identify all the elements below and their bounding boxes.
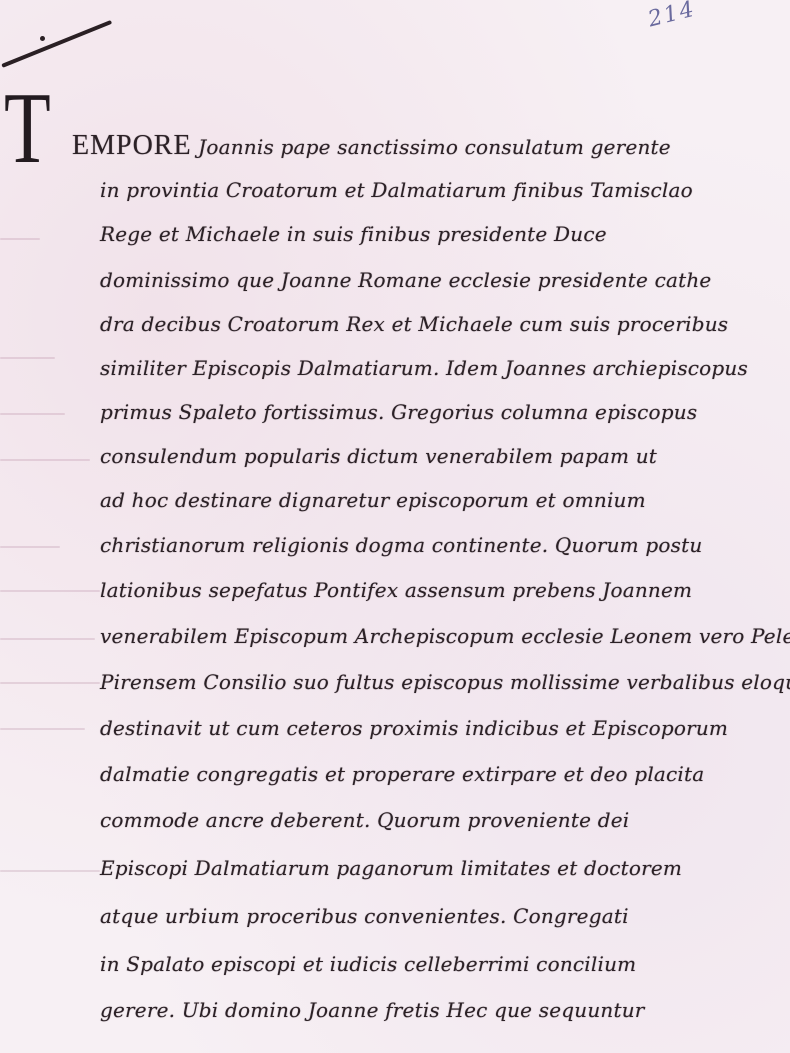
- bleed-through-mark: [0, 870, 100, 872]
- line-text: Joannis pape sanctissimo consulatum gere…: [198, 135, 671, 159]
- text-line-15: dalmatie congregatis et properare extirp…: [100, 762, 750, 786]
- bleed-through-mark: [0, 590, 100, 592]
- text-line-1: EMPORE Joannis pape sanctissimo consulat…: [72, 130, 750, 162]
- text-line-13: Pirensem Consilio suo fultus episcopus m…: [100, 670, 750, 694]
- bleed-through-mark: [0, 238, 40, 240]
- text-line-10: christianorum religionis dogma continent…: [100, 533, 750, 557]
- text-line-11: lationibus sepefatus Pontifex assensum p…: [100, 578, 750, 602]
- bleed-through-mark: [0, 682, 100, 684]
- text-line-5: dra decibus Croatorum Rex et Michaele cu…: [100, 312, 750, 336]
- text-line-9: ad hoc destinare dignaretur episcoporum …: [100, 488, 750, 512]
- decorated-initial: T: [4, 78, 51, 180]
- initial-ornament-stroke: [1, 20, 112, 68]
- bleed-through-mark: [0, 728, 85, 730]
- opening-capitals: EMPORE: [72, 130, 192, 161]
- text-line-17: Episcopi Dalmatiarum paganorum limitates…: [100, 856, 750, 880]
- text-line-6: similiter Episcopis Dalmatiarum. Idem Jo…: [100, 356, 750, 380]
- bleed-through-mark: [0, 546, 60, 548]
- folio-number: 214: [646, 0, 699, 32]
- text-line-4: dominissimo que Joanne Romane ecclesie p…: [100, 268, 750, 292]
- text-line-16: commode ancre deberent. Quorum provenien…: [100, 808, 750, 832]
- text-line-7: primus Spaleto fortissimus. Gregorius co…: [100, 400, 750, 424]
- bleed-through-mark: [0, 638, 95, 640]
- bleed-through-mark: [0, 357, 55, 359]
- bleed-through-mark: [0, 459, 90, 461]
- text-line-20: gerere. Ubi domino Joanne fretis Hec que…: [100, 998, 750, 1022]
- text-line-19: in Spalato episcopi et iudicis celleberr…: [100, 952, 750, 976]
- initial-ornament-dot: [40, 36, 45, 41]
- text-line-3: Rege et Michaele in suis finibus preside…: [100, 222, 750, 246]
- text-line-12: venerabilem Episcopum Archepiscopum eccl…: [100, 624, 750, 648]
- text-line-8: consulendum popularis dictum venerabilem…: [100, 444, 750, 468]
- text-line-18: atque urbium proceribus convenientes. Co…: [100, 904, 750, 928]
- text-line-2: in provintia Croatorum et Dalmatiarum fi…: [100, 178, 750, 202]
- text-line-14: destinavit ut cum ceteros proximis indic…: [100, 716, 750, 740]
- manuscript-page: 214 T EMPORE Joannis pape sanctissimo co…: [0, 0, 790, 1053]
- bleed-through-mark: [0, 413, 65, 415]
